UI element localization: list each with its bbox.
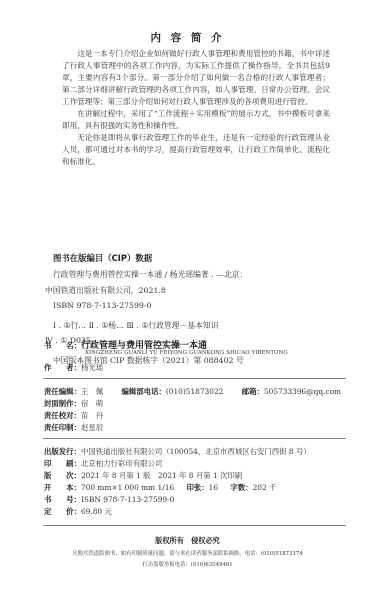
publisher: 中国铁道出版社有限公司（100054，北京市西城区右安门西街 8 号）: [81, 447, 311, 456]
isbn-row: 书 号：ISBN 978-7-113-27599-0: [44, 494, 174, 505]
print-label: 责任印制：: [44, 423, 81, 432]
price-row: 定 价：69.80 元: [44, 506, 112, 517]
intro-title: 内 容 简 介: [0, 30, 375, 45]
editor-row: 责任编辑：王 佩 编辑部电话：(010)51873022 邮箱：50573339…: [44, 386, 341, 397]
copyright-line2: 打击盗版举报电话：(010)63549461: [0, 560, 375, 568]
cover-label: 封面制作：: [44, 399, 81, 408]
price-label: 定 价：: [44, 507, 81, 516]
divider: [43, 525, 346, 526]
printer: 北京柏力行彩印有限公司: [81, 459, 162, 468]
isbn-label: 书 号：: [44, 495, 81, 504]
edition-label: 版 次：: [44, 471, 81, 480]
email-label: 邮箱：: [242, 387, 264, 396]
author-label: 作 者：: [44, 363, 81, 372]
cip-line1: 行政管理与费用管控实操一本通 / 杨光瑶编著 . —北京：: [53, 269, 247, 280]
cip-title: 图书在版编目（CIP）数据: [53, 252, 152, 264]
words: 202 千: [253, 483, 277, 492]
printer-label: 印 刷：: [44, 459, 81, 468]
cover-row: 封面制作：宿 萌: [44, 398, 103, 409]
proof-label: 责任校对：: [44, 411, 81, 420]
copyright-title: 版权所有 侵权必究: [0, 536, 375, 546]
publisher-label: 出版发行：: [44, 447, 81, 456]
words-label: 字数：: [230, 483, 252, 492]
format-row: 开 本：700 mm×1 000 mm 1/16 印张：16 字数：202 千: [44, 482, 276, 493]
edition-row: 版 次：2021 年 8 月第 1 版 2021 年 8 月第 1 次印刷: [44, 470, 242, 481]
email: 505733396@qq.com: [264, 387, 341, 396]
author: 杨光瑶: [81, 363, 103, 372]
editor: 王 佩: [81, 387, 103, 396]
book-title-pinyin: XINGZHENG GUANLI YU FEIYONG GUANKONG SHI…: [85, 350, 288, 356]
edition: 2021 年 8 月第 1 版 2021 年 8 月第 1 次印刷: [81, 471, 242, 480]
intro-body: 这是一本专门介绍企业如何做好行政人事管理和费用管控的书籍，书中详述了行政人事管理…: [62, 48, 330, 168]
printer-row: 印 刷：北京柏力行彩印有限公司: [44, 458, 162, 469]
format-label: 开 本：: [44, 483, 81, 492]
copyright-line1: 凡购买铁道版图书，如有印制质量问题，请与本社读者服务部联系调换。电话：(010)…: [0, 549, 375, 557]
print-row: 责任印制：赵星辰: [44, 422, 103, 433]
intro-paragraph: 这是一本专门介绍企业如何做好行政人事管理和费用管控的书籍，书中详述了行政人事管理…: [62, 48, 330, 108]
publisher-row: 出版发行：中国铁道出版社有限公司（100054，北京市西城区右安门西街 8 号）: [44, 446, 311, 457]
isbn: ISBN 978-7-113-27599-0: [81, 495, 174, 504]
author-row: 作 者：杨光瑶: [44, 362, 103, 373]
price: 69.80 元: [81, 507, 112, 516]
phone-label: 编辑部电话：: [122, 387, 166, 396]
intro-paragraph: 在讲解过程中，采用了“工作流程＋实用模板”的展示方式，书中模板可拿来即用，具有很…: [62, 108, 330, 132]
sheets: 16: [209, 483, 218, 492]
proof: 苗 丹: [81, 411, 103, 420]
cip-class1: Ⅰ . ①行… Ⅱ . ①杨… Ⅲ . ①行政管理－基本知识: [53, 320, 219, 331]
cip-isbn: ISBN 978-7-113-27599-0: [53, 301, 151, 310]
divider: [43, 378, 346, 379]
book-title-label: 书 名：: [44, 341, 81, 350]
cip-line2: 中国铁道出版社有限公司，2021.8: [45, 285, 166, 296]
format: 700 mm×1 000 mm 1/16: [81, 483, 174, 492]
sheets-label: 印张：: [186, 483, 208, 492]
proof-row: 责任校对：苗 丹: [44, 410, 103, 421]
copyright-page: 内 容 简 介 这是一本专门介绍企业如何做好行政人事管理和费用管控的书籍，书中详…: [0, 0, 375, 598]
intro-paragraph: 无论你是即将从事行政管理工作的毕业生，还是有一定经验的行政管理从业人员，都可通过…: [62, 132, 330, 168]
print: 赵星辰: [81, 423, 103, 432]
phone: (010)51873022: [166, 387, 224, 396]
editor-label: 责任编辑：: [44, 387, 81, 396]
divider: [43, 438, 346, 439]
cover: 宿 萌: [81, 399, 103, 408]
